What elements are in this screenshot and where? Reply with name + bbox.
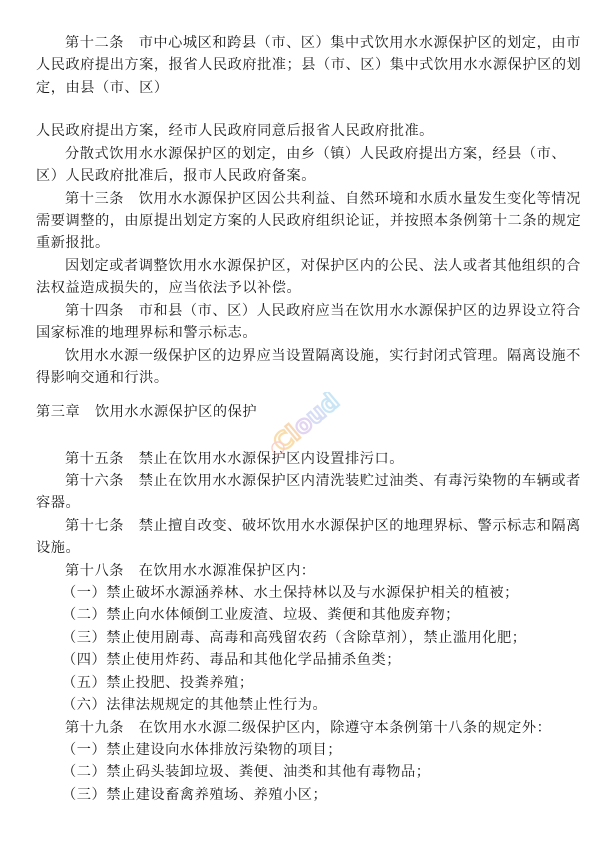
paragraph-line: 第十六条 禁止在饮用水水源保护区内清洗装贮过油类、有毒污染物的车辆或者	[65, 470, 552, 492]
list-item: （五）禁止投肥、投粪养殖；	[62, 672, 552, 694]
paragraph-line: 人民政府提出方案，经市人民政府同意后报省人民政府批准。	[36, 120, 552, 142]
list-item: （三）禁止使用剧毒、高毒和高残留农药（含除草剂），禁止滥用化肥；	[62, 627, 552, 649]
list-item: （二）禁止向水体倾倒工业废渣、垃圾、粪便和其他废弃物；	[62, 604, 552, 626]
paragraph-line: 容器。	[36, 492, 552, 514]
paragraph-line: 第十五条 禁止在饮用水水源保护区内设置排污口。	[65, 448, 552, 470]
paragraph-line: 第十八条 在饮用水水源准保护区内：	[65, 560, 552, 582]
paragraph-line: 第十二条 市中心城区和跨县（市、区）集中式饮用水水源保护区的划定，由市	[65, 32, 552, 54]
paragraph-line: 重新报批。	[36, 232, 552, 254]
paragraph-line: 设施。	[36, 537, 552, 559]
paragraph-line: 得影响交通和行洪。	[36, 367, 552, 389]
paragraph-line: 人民政府提出方案，报省人民政府批准；县（市、区）集中式饮用水水源保护区的划	[36, 54, 552, 76]
paragraph-line: 因划定或者调整饮用水水源保护区，对保护区内的公民、法人或者其他组织的合	[65, 255, 552, 277]
paragraph-line: 第十三条 饮用水水源保护区因公共利益、自然环境和水质水量发生变化等情况	[65, 188, 552, 210]
list-item: （一）禁止破坏水源涵养林、水土保持林以及与水源保护相关的植被；	[62, 582, 552, 604]
list-item: （四）禁止使用炸药、毒品和其他化学品捕杀鱼类；	[62, 649, 552, 671]
paragraph-line: 第十七条 禁止擅自改变、破坏饮用水水源保护区的地理界标、警示标志和隔离	[65, 515, 552, 537]
paragraph-line: 国家标准的地理界标和警示标志。	[36, 322, 552, 344]
paragraph-line: 法权益造成损失的，应当依法予以补偿。	[36, 277, 552, 299]
paragraph-line: 第十四条 市和县（市、区）人民政府应当在饮用水水源保护区的边界设立符合	[65, 300, 552, 322]
list-item: （一）禁止建设向水体排放污染物的项目；	[62, 739, 552, 761]
paragraph-line: 饮用水水源一级保护区的边界应当设置隔离设施，实行封闭式管理。隔离设施不	[65, 345, 552, 367]
paragraph-line: 分散式饮用水水源保护区的划定，由乡（镇）人民政府提出方案，经县（市、	[65, 143, 552, 165]
list-item: （三）禁止建设畜禽养殖场、养殖小区；	[62, 784, 552, 806]
paragraph-line: 第十九条 在饮用水水源二级保护区内，除遵守本条例第十八条的规定外：	[65, 717, 552, 739]
paragraph-line: 需要调整的，由原提出划定方案的人民政府组织论证，并按照本条例第十二条的规定	[36, 210, 552, 232]
paragraph-line: 区）人民政府批准后，报市人民政府备案。	[36, 165, 552, 187]
paragraph-line: 第三章 饮用水水源保护区的保护	[36, 401, 552, 423]
list-item: （六）法律法规规定的其他禁止性行为。	[62, 694, 552, 716]
list-item: （二）禁止码头装卸垃圾、粪便、油类和其他有毒物品；	[62, 761, 552, 783]
paragraph-line: 定，由县（市、区）	[36, 77, 552, 99]
